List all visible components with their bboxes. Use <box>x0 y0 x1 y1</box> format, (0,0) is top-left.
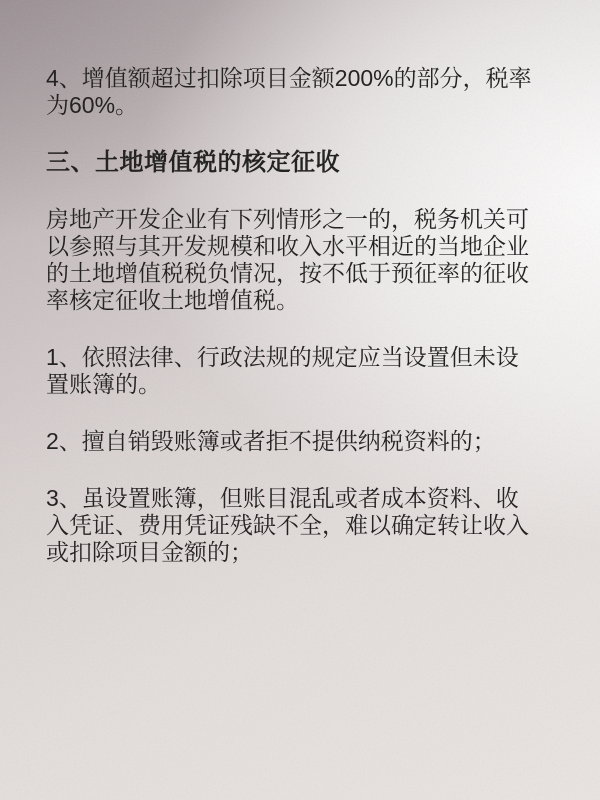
paragraph-condition-1: 1、依照法律、行政法规的规定应当设置但未设 置账簿的。 <box>46 344 562 398</box>
text-line: 为60%。 <box>46 92 562 119</box>
paragraph-tax-rate-item-4: 4、增值额超过扣除项目金额200%的部分，税率 为60%。 <box>46 65 562 119</box>
paragraph-condition-2: 2、擅自销毁账簿或者拒不提供纳税资料的； <box>46 428 562 455</box>
text-line: 率核定征收土地增值税。 <box>46 287 562 314</box>
text-line: 三、土地增值税的核定征收 <box>46 149 562 176</box>
photographed-document-page: 4、增值额超过扣除项目金额200%的部分，税率 为60%。 三、土地增值税的核定… <box>0 0 600 800</box>
paragraph-assessed-collection-intro: 房地产开发企业有下列情形之一的，税务机关可 以参照与其开发规模和收入水平相近的当… <box>46 206 562 314</box>
text-line: 或扣除项目金额的； <box>46 539 562 566</box>
text-line: 1、依照法律、行政法规的规定应当设置但未设 <box>46 344 562 371</box>
text-line: 3、虽设置账簿，但账目混乱或者成本资料、收 <box>46 485 562 512</box>
text-line: 以参照与其开发规模和收入水平相近的当地企业 <box>46 233 562 260</box>
text-line: 房地产开发企业有下列情形之一的，税务机关可 <box>46 206 562 233</box>
document-text-block: 4、增值额超过扣除项目金额200%的部分，税率 为60%。 三、土地增值税的核定… <box>0 0 600 566</box>
text-line: 的土地增值税税负情况，按不低于预征率的征收 <box>46 260 562 287</box>
text-line: 2、擅自销毁账簿或者拒不提供纳税资料的； <box>46 428 562 455</box>
text-line: 入凭证、费用凭证残缺不全，难以确定转让收入 <box>46 512 562 539</box>
text-line: 置账簿的。 <box>46 371 562 398</box>
paragraph-condition-3: 3、虽设置账簿，但账目混乱或者成本资料、收 入凭证、费用凭证残缺不全，难以确定转… <box>46 485 562 566</box>
text-line: 4、增值额超过扣除项目金额200%的部分，税率 <box>46 65 562 92</box>
section-heading-assessed-collection: 三、土地增值税的核定征收 <box>46 149 562 176</box>
